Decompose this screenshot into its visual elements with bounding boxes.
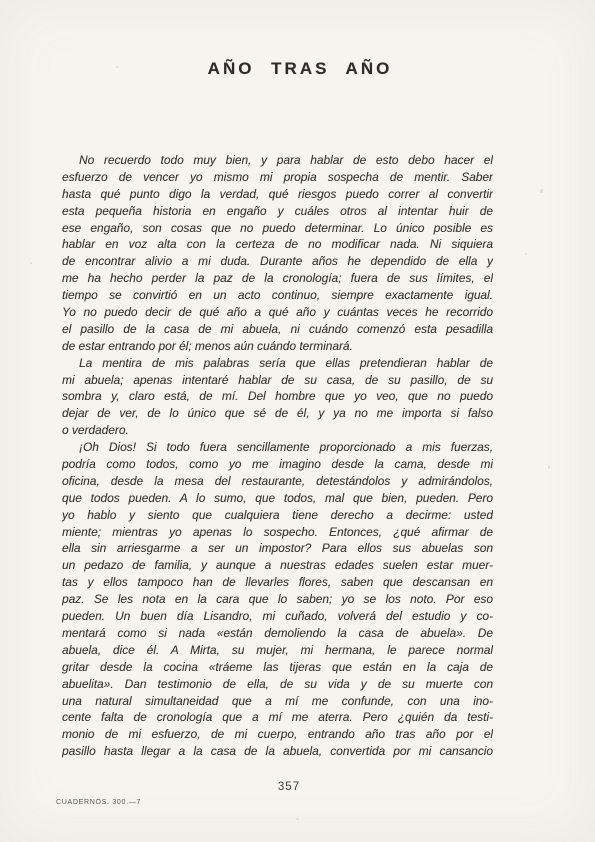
text-line: dejar de ver, de lo único que sé de él, … bbox=[62, 405, 493, 422]
scanned-book-page: AÑO TRAS AÑO No recuerdo todo muy bien, … bbox=[0, 0, 595, 842]
text-line: No recuerdo todo muy bien, y para hablar… bbox=[62, 152, 493, 169]
paper-speck bbox=[116, 66, 118, 68]
text-line: podría como todos, como yo me imagino de… bbox=[62, 456, 493, 473]
text-line: oficina, desde la mesa del restaurante, … bbox=[62, 473, 493, 490]
text-line: esfuerzo de vencer yo mismo mi propia so… bbox=[62, 169, 493, 186]
paper-speck bbox=[296, 818, 299, 820]
text-line: cente falta de cronología que a mí me at… bbox=[62, 709, 493, 726]
text-line: de estar entrando por él; menos aún cuán… bbox=[62, 338, 493, 355]
text-line: abuela, dice él. A Mirta, su mujer, mi h… bbox=[62, 642, 493, 659]
text-line: pasillo hasta llegar a la casa de la abu… bbox=[62, 743, 493, 760]
text-line: ella sin arriesgarme a ser un impostor? … bbox=[62, 540, 493, 557]
paper-speck bbox=[540, 189, 543, 193]
text-line: me ha hecho perder la paz de la cronolog… bbox=[62, 270, 493, 287]
text-line: un pedazo de familia, y aunque a nuestra… bbox=[62, 557, 493, 574]
page-number: 357 bbox=[0, 781, 578, 793]
text-line: sombra y, claro está, de mí. Del hombre … bbox=[62, 388, 493, 405]
text-line: ese engaño, son cosas que no puedo deter… bbox=[62, 220, 493, 237]
paper-speck bbox=[525, 253, 527, 255]
text-line: mi abuela; apenas intentaré hablar de su… bbox=[62, 372, 493, 389]
text-line: pueden. Un buen día Lisandro, mi cuñado,… bbox=[62, 608, 493, 625]
text-line: paz. Se les nota en la cara que lo saben… bbox=[62, 591, 493, 608]
text-line: Yo no puedo decir de qué año a qué año y… bbox=[62, 304, 493, 321]
printer-imprint: CUADERNOS. 300.—7 bbox=[56, 799, 141, 806]
text-line: mentará como si nada «están demoliendo l… bbox=[62, 625, 493, 642]
page-title: AÑO TRAS AÑO bbox=[0, 59, 595, 79]
body-text: No recuerdo todo muy bien, y para hablar… bbox=[62, 152, 493, 760]
text-line: una natural simultaneidad que a mí me co… bbox=[62, 693, 493, 710]
text-line: abuelita». Dan testimonio de ella, de su… bbox=[62, 676, 493, 693]
text-line: de encontrar alivio a mi duda. Durante a… bbox=[62, 253, 493, 270]
text-line: que todos pueden. A lo sumo, que todos, … bbox=[62, 490, 493, 507]
text-line: tas y ellos tampoco han de llevarles flo… bbox=[62, 574, 493, 591]
text-line: gritar desde la cocina «tráeme las tijer… bbox=[62, 659, 493, 676]
text-line: o verdadero. bbox=[62, 422, 493, 439]
text-line: ¡Oh Dios! Si todo fuera sencillamente pr… bbox=[62, 439, 493, 456]
text-line: monio de mi esfuerzo, de mi cuerpo, entr… bbox=[62, 726, 493, 743]
text-line: tiempo se convirtió en un acto continuo,… bbox=[62, 287, 493, 304]
paper-speck bbox=[548, 466, 550, 469]
paragraph: La mentira de mis palabras sería que ell… bbox=[62, 355, 493, 439]
text-line: el pasillo de la casa de mi abuela, ni c… bbox=[62, 321, 493, 338]
text-line: miente; mientras yo apenas lo sospecho. … bbox=[62, 524, 493, 541]
text-line: esta pequeña historia en engaño y cuáles… bbox=[62, 203, 493, 220]
paragraph: ¡Oh Dios! Si todo fuera sencillamente pr… bbox=[62, 439, 493, 760]
paragraph: No recuerdo todo muy bien, y para hablar… bbox=[62, 152, 493, 355]
text-line: La mentira de mis palabras sería que ell… bbox=[62, 355, 493, 372]
paper-speck bbox=[30, 262, 32, 264]
text-line: hasta qué punto digo la verdad, qué ries… bbox=[62, 186, 493, 203]
text-line: yo hablo y siento que cualquiera tiene d… bbox=[62, 507, 493, 524]
text-line: hablar en voz alta con la certeza de no … bbox=[62, 236, 493, 253]
